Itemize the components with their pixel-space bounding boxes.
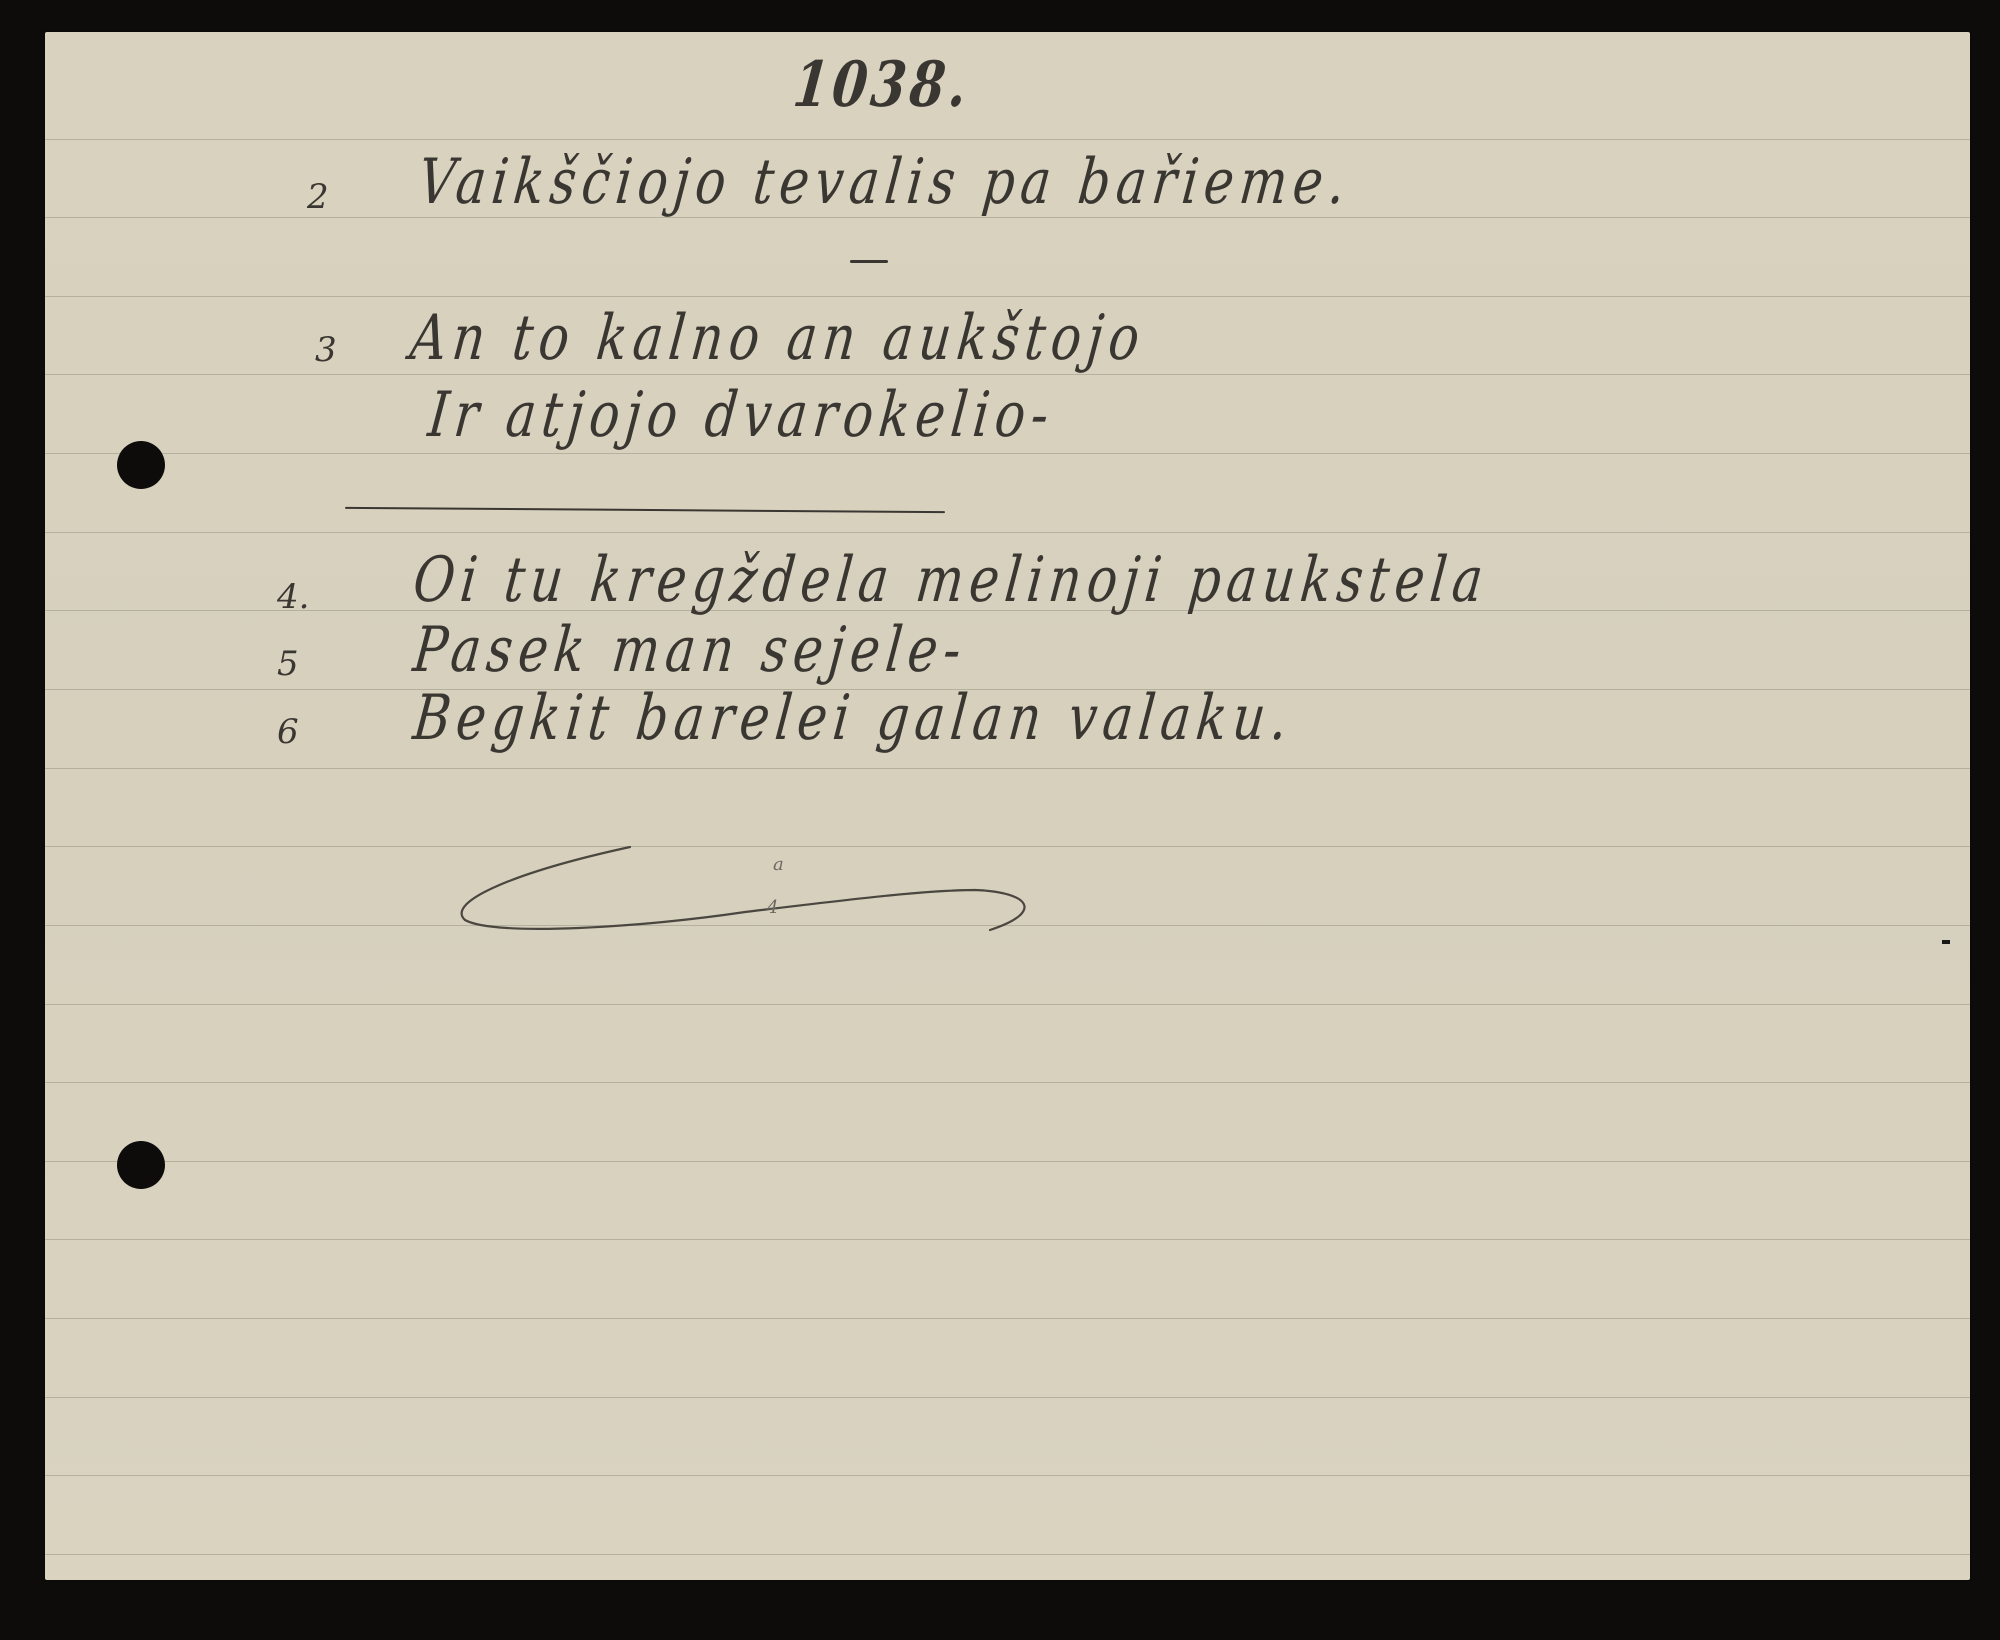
- edge-notch: [1942, 940, 1950, 944]
- paper-sheet: 1038. 2 Vaikščiojo tevalis pa bařieme. 3…: [45, 32, 1970, 1580]
- closing-flourish: [45, 32, 1970, 1580]
- flourish-mark-upper: a: [773, 854, 784, 875]
- flourish-mark-lower: 4: [767, 897, 778, 918]
